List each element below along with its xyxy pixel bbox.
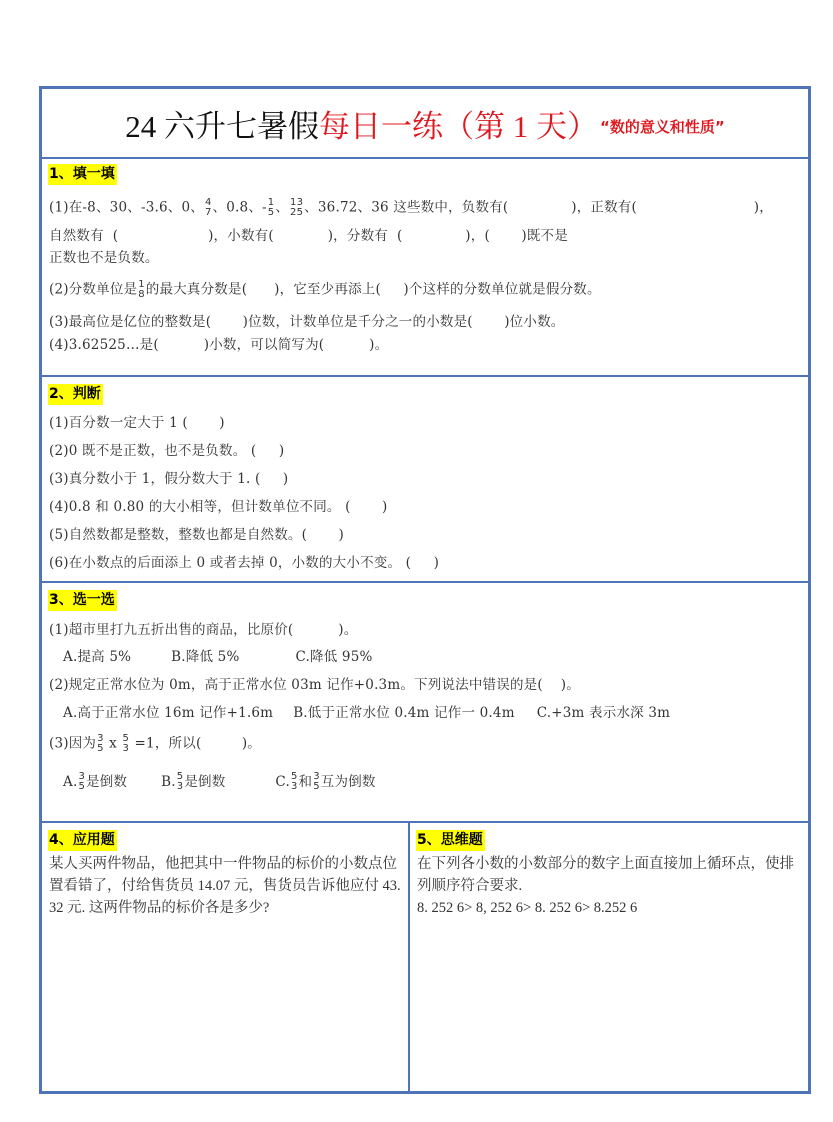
section-thinking-problem: 5、思维题 在下列各小数的小数部分的数字上面直接加上循环点，使排列顺序符合要求.… <box>410 829 808 919</box>
fraction: 35 <box>97 734 104 754</box>
divider <box>42 821 808 823</box>
judge-item: (3)真分数小于 1，假分数大于 1. ( ) <box>49 470 808 488</box>
decimal-sequence: 8. 252 6> 8, 252 6> 8. 252 6> 8.252 6 <box>417 897 802 919</box>
thinking-problem-text: 在下列各小数的小数部分的数字上面直接加上循环点，使排列顺序符合要求. <box>417 853 802 897</box>
section-word-problem: 4、应用题 某人买两件物品，他把其中一件物品的标价的小数点位置看错了，付给售货员… <box>42 829 408 919</box>
judge-item: (1)百分数一定大于 1 ( ) <box>49 414 808 432</box>
section-heading: 4、应用题 <box>48 830 117 851</box>
word-problem-text: 某人买两件物品，他把其中一件物品的标价的小数点位置看错了，付给售货员 14.07… <box>49 853 402 919</box>
choice-question-2: (2)规定正常水位为 0m，高于正常水位 03m 记作+0.3m。下列说法中错误… <box>49 676 808 694</box>
choice-question-1: (1)超市里打九五折出售的商品，比原价( )。 <box>49 621 808 639</box>
title-prefix: 24 六升七暑假 <box>125 101 319 146</box>
question-1-1-line3: 正数也不是负数。 <box>49 249 808 267</box>
judge-item: (2)0 既不是正数，也不是负数。 ( ) <box>49 442 808 460</box>
choice-question-3: (3)因为35 x 53 =1，所以( )。 <box>49 734 808 754</box>
option-c: C.53和35互为倒数 <box>275 774 375 790</box>
section-fill-in: 1、填一填 (1)在-8、30、-3.6、0、47、0.8、-15、1325、3… <box>42 163 808 354</box>
judge-item: (6)在小数点的后面添上 0 或者去掉 0，小数的大小不变。 ( ) <box>49 554 808 572</box>
section-heading: 2、判断 <box>48 384 103 405</box>
fraction: 18 <box>138 280 145 300</box>
divider <box>42 375 808 377</box>
option-a: A.高于正常水位 16m 记作+1.6m <box>63 705 273 721</box>
section-heading: 3、选一选 <box>48 590 117 611</box>
question-1-1: (1)在-8、30、-3.6、0、47、0.8、-15、1325、36.72、3… <box>49 198 808 218</box>
fraction: 15 <box>268 198 275 218</box>
option-c: C.+3m 表示水深 3m <box>537 705 670 721</box>
option-b: B.降低 5% <box>171 649 239 665</box>
section-heading: 1、填一填 <box>48 164 117 185</box>
option-c: C.降低 95% <box>295 649 372 665</box>
option-a: A.提高 5% <box>63 649 131 665</box>
fraction: 1325 <box>290 198 303 218</box>
divider <box>42 581 808 583</box>
question-1-3: (3)最高位是亿位的整数是( )位数，计数单位是千分之一的小数是( )位小数。 <box>49 313 808 331</box>
judge-item: (4)0.8 和 0.80 的大小相等，但计数单位不同。 ( ) <box>49 498 808 516</box>
question-1-2: (2)分数单位是18的最大真分数是( )，它至少再添上( )个这样的分数单位就是… <box>49 280 808 300</box>
choice-options-3: A.35是倒数B.53是倒数C.53和35互为倒数 <box>63 772 808 792</box>
section-true-false: 2、判断 (1)百分数一定大于 1 ( ) (2)0 既不是正数，也不是负数。 … <box>42 383 808 572</box>
title-main: 每日一练（第 1 天） <box>319 101 598 146</box>
divider <box>42 157 808 159</box>
option-b: B.低于正常水位 0.4m 记作一 0.4m <box>293 705 515 721</box>
worksheet: 24 六升七暑假每日一练（第 1 天）“数的意义和性质” 1、填一填 (1)在-… <box>39 86 811 1094</box>
question-1-4: (4)3.62525…是( )小数，可以简写为( )。 <box>49 336 808 354</box>
choice-options-1: A.提高 5%B.降低 5%C.降低 95% <box>63 648 808 666</box>
choice-options-2: A.高于正常水位 16m 记作+1.6mB.低于正常水位 0.4m 记作一 0.… <box>63 704 808 722</box>
page-title: 24 六升七暑假每日一练（第 1 天）“数的意义和性质” <box>42 89 808 157</box>
title-subtitle: “数的意义和性质” <box>600 116 725 137</box>
section-multiple-choice: 3、选一选 (1)超市里打九五折出售的商品，比原价( )。 A.提高 5%B.降… <box>42 589 808 792</box>
section-heading: 5、思维题 <box>416 830 485 851</box>
fraction: 53 <box>122 734 129 754</box>
option-b: B.53是倒数 <box>161 774 225 790</box>
fraction: 47 <box>205 198 212 218</box>
option-a: A.35是倒数 <box>63 774 127 790</box>
judge-item: (5)自然数都是整数，整数也都是自然数。( ) <box>49 526 808 544</box>
question-1-1-line2: 自然数有 ( )，小数有( )，分数有 ( )，( )既不是 <box>49 227 808 245</box>
